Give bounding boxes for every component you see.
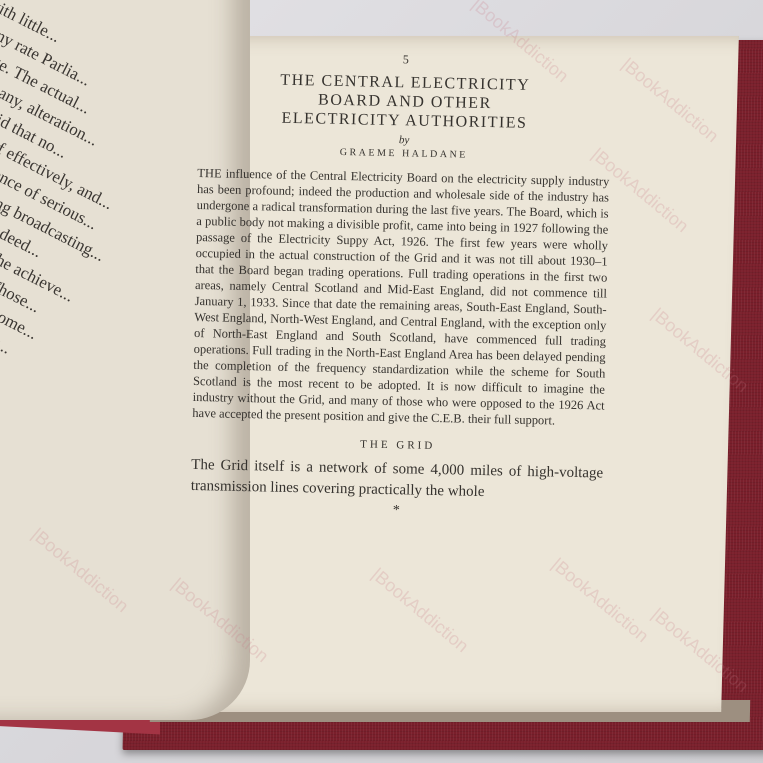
right-page-content: 5 The Central Electricity Board and Othe… [190,48,612,524]
section-heading: THE GRID [192,435,604,456]
chapter-title: The Central Electricity Board and Other … [198,69,611,135]
left-page-text: be mistake... ...altered with little... … [0,0,217,477]
paragraph-grid: The Grid itself is a network of some 4,0… [191,455,604,506]
paragraph-intro: THE influence of the Central Electricity… [192,165,609,430]
